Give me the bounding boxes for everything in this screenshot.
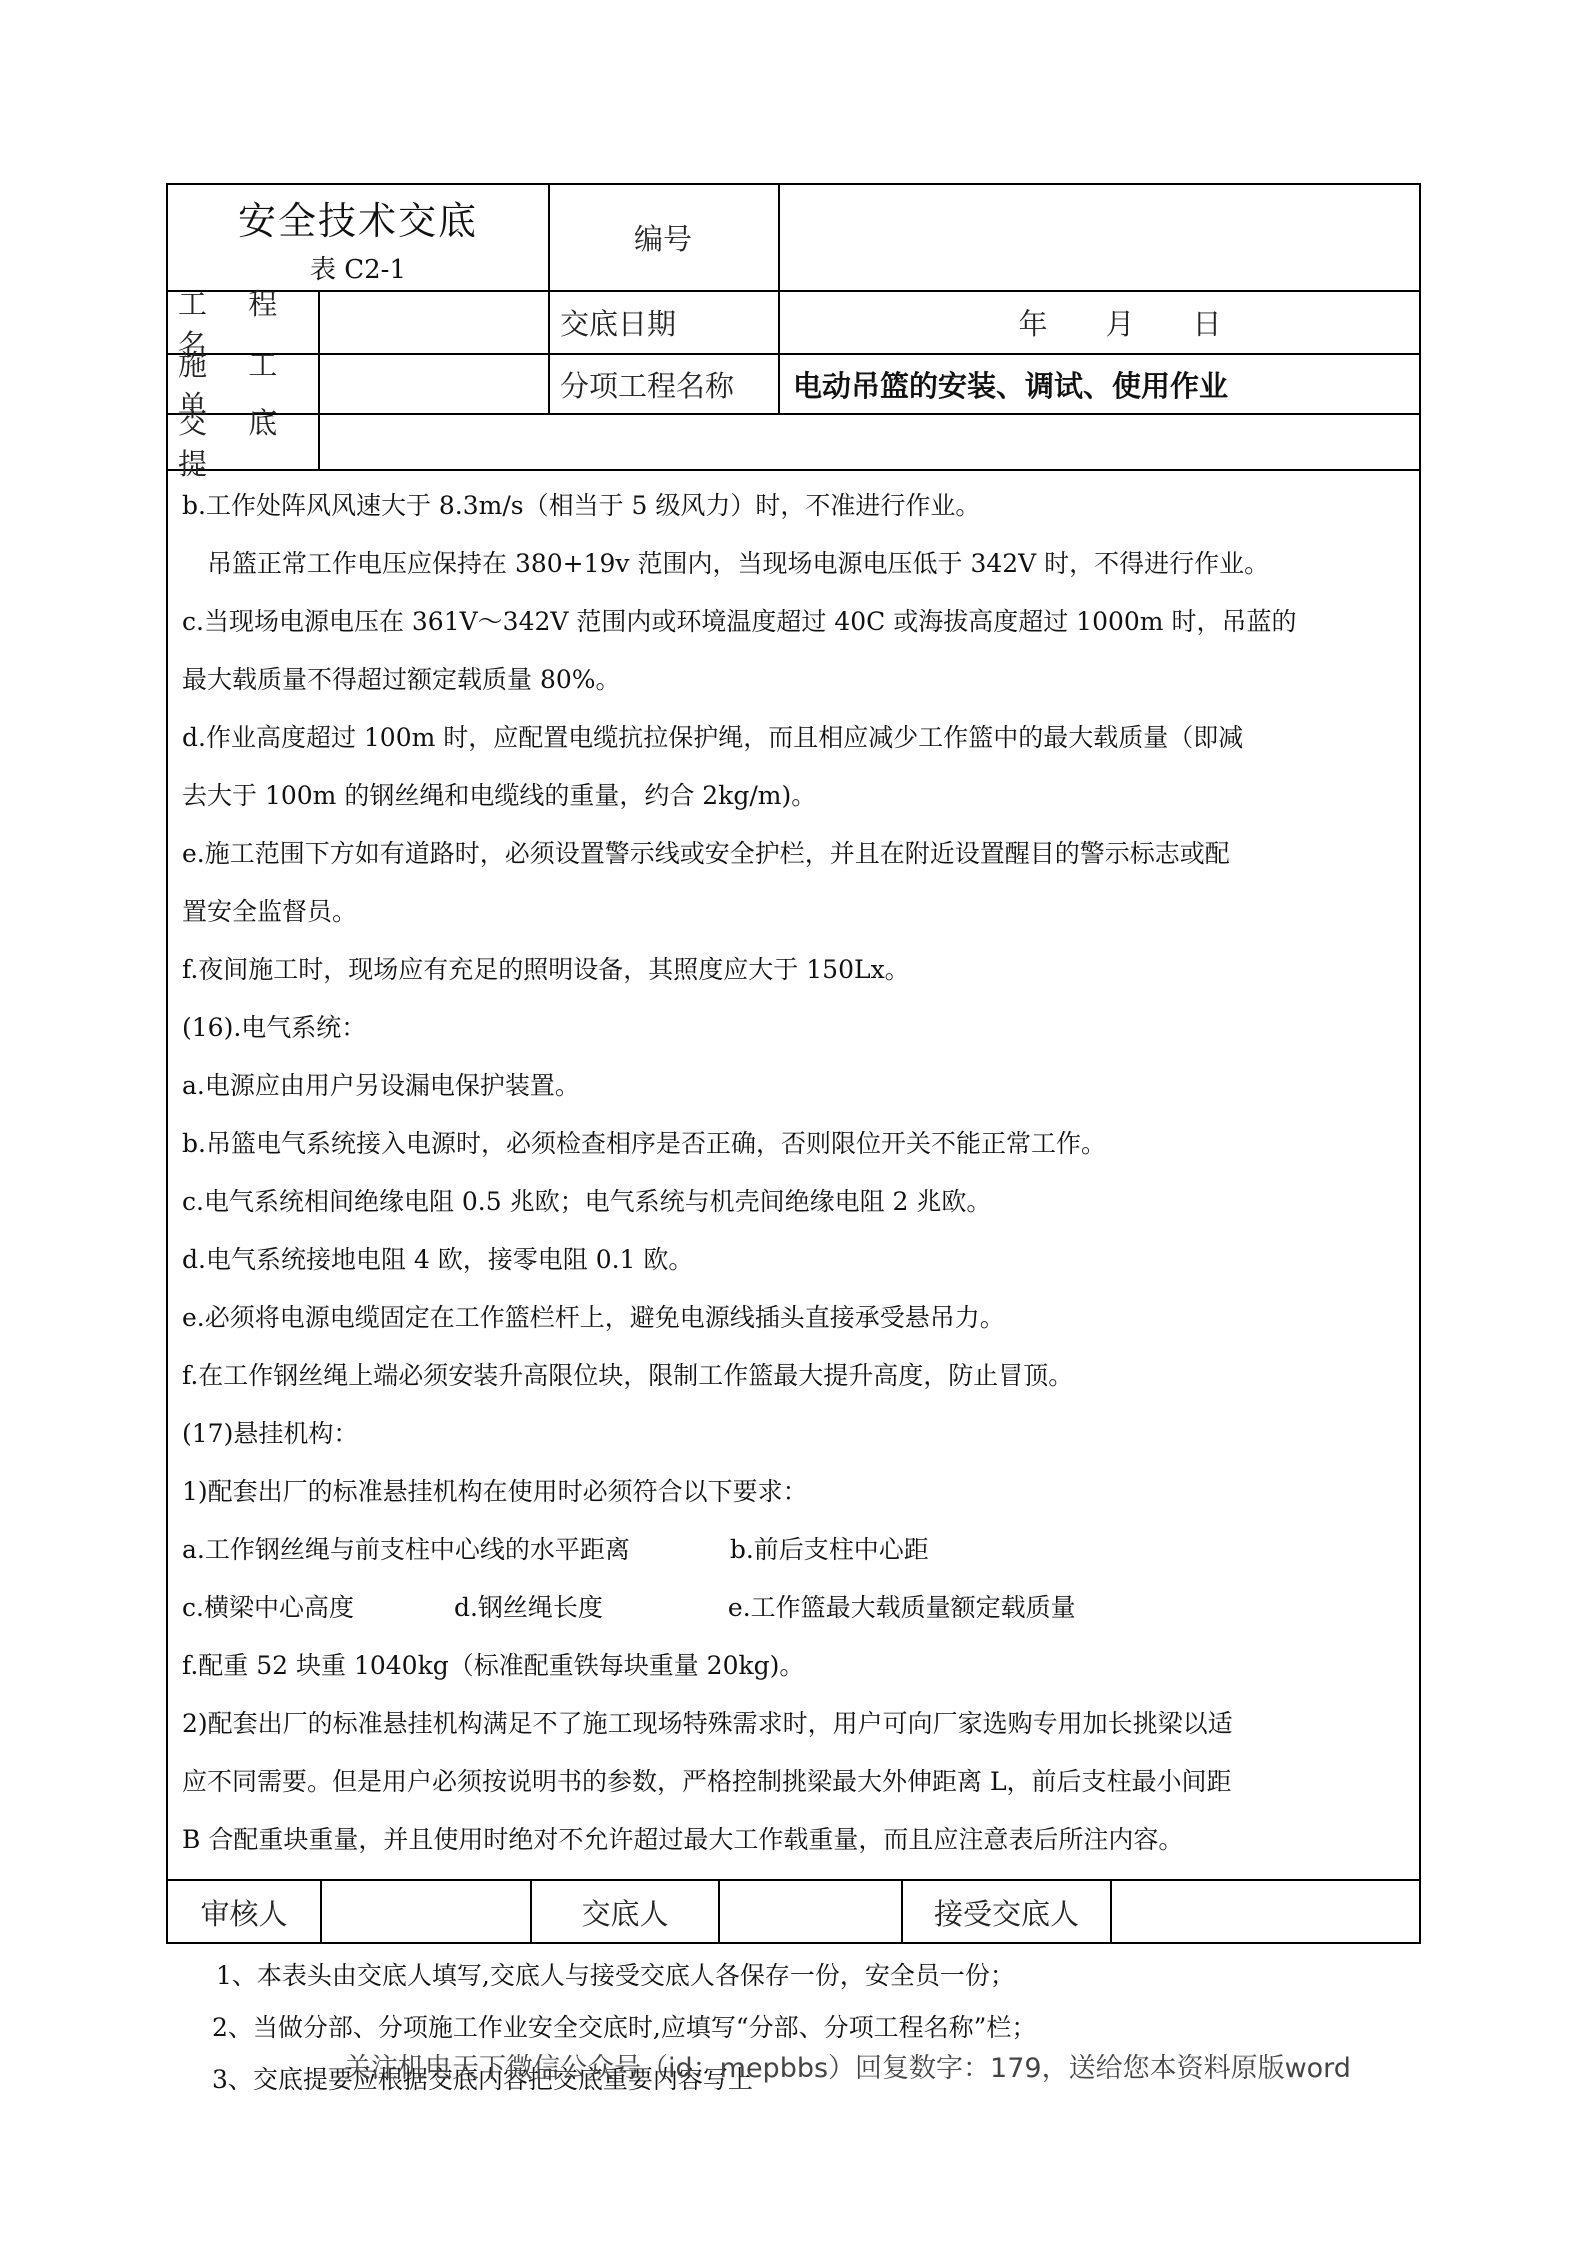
safety-disclosure-table: 安全技术交底 表 C2-1 编号 工 程 名 交底日期 年 月 日 施 工 单 … <box>166 183 1421 1944</box>
content-line: e.施工范围下方如有道路时，必须设置警示线或安全护栏，并且在附近设置醒目的警示标… <box>182 825 1409 883</box>
form-code: 表 C2-1 <box>310 249 406 286</box>
reviewer-label: 审核人 <box>168 1881 320 1944</box>
content-line: (17)悬挂机构： <box>182 1405 1409 1463</box>
discloser-label: 交底人 <box>532 1881 718 1944</box>
title-cell: 安全技术交底 表 C2-1 <box>168 185 548 290</box>
content-line: B 合配重块重量，并且使用时绝对不允许超过最大工作载重量，而且应注意表后所注内容… <box>182 1811 1409 1869</box>
content-line: 置安全监督员。 <box>182 883 1409 941</box>
summary-label: 交 底 提 <box>178 415 318 469</box>
content-line: c.横梁中心高度 d.钢丝绳长度 e.工作篮最大载质量额定载质量 <box>182 1579 1409 1637</box>
number-label: 编号 <box>548 185 778 290</box>
project-name-field[interactable] <box>320 292 548 353</box>
content-line: 去大于 100m 的钢丝绳和电缆线的重量，约合 2kg/m)。 <box>182 767 1409 825</box>
date-label: 交底日期 <box>560 292 778 353</box>
document-title: 安全技术交底 <box>238 190 478 245</box>
content-line: d.作业高度超过 100m 时，应配置电缆抗拉保护绳，而且相应减少工作篮中的最大… <box>182 709 1409 767</box>
number-field[interactable] <box>780 185 1420 290</box>
note-item: 1、本表头由交底人填写,交底人与接受交底人各保存一份，安全员一份； <box>216 1950 1036 2002</box>
receiver-label: 接受交底人 <box>903 1881 1110 1944</box>
subproject-label: 分项工程名称 <box>560 355 778 413</box>
subproject-field[interactable]: 电动吊篮的安装、调试、使用作业 <box>793 355 1418 413</box>
content-line: 最大载质量不得超过额定载质量 80%。 <box>182 651 1409 709</box>
disclosure-content: b.工作处阵风风速大于 8.3m/s（相当于 5 级风力）时，不准进行作业。 吊… <box>182 477 1409 1869</box>
content-line: b.工作处阵风风速大于 8.3m/s（相当于 5 级风力）时，不准进行作业。 <box>182 477 1409 535</box>
content-line: a.工作钢丝绳与前支柱中心线的水平距离 b.前后支柱中心距 <box>182 1521 1409 1579</box>
content-line: b.吊篮电气系统接入电源时，必须检查相序是否正确，否则限位开关不能正常工作。 <box>182 1115 1409 1173</box>
content-line: f.在工作钢丝绳上端必须安装升高限位块，限制工作篮最大提升高度，防止冒顶。 <box>182 1347 1409 1405</box>
construction-unit-field[interactable] <box>320 355 548 413</box>
content-line: 1)配套出厂的标准悬挂机构在使用时必须符合以下要求： <box>182 1463 1409 1521</box>
discloser-field[interactable] <box>720 1881 901 1944</box>
content-line: 应不同需要。但是用户必须按说明书的参数，严格控制挑梁最大外伸距离 L，前后支柱最… <box>182 1753 1409 1811</box>
content-line: f.夜间施工时，现场应有充足的照明设备，其照度应大于 150Lx。 <box>182 941 1409 999</box>
receiver-field[interactable] <box>1112 1881 1420 1944</box>
reviewer-field[interactable] <box>322 1881 530 1944</box>
watermark-text: 关注机电天下微信公众号（id：mepbbs）回复数字：179，送给您本资料原版w… <box>344 2046 1351 2085</box>
content-line: a.电源应由用户另设漏电保护装置。 <box>182 1057 1409 1115</box>
content-line: e.必须将电源电缆固定在工作篮栏杆上，避免电源线插头直接承受悬吊力。 <box>182 1289 1409 1347</box>
content-line: c.当现场电源电压在 361V～342V 范围内或环境温度超过 40C 或海拔高… <box>182 593 1409 651</box>
content-line: f.配重 52 块重 1040kg（标准配重铁每块重量 20kg)。 <box>182 1637 1409 1695</box>
summary-field[interactable] <box>320 415 1420 469</box>
document-page: 安全技术交底 表 C2-1 编号 工 程 名 交底日期 年 月 日 施 工 单 … <box>0 0 1587 2245</box>
content-line: c.电气系统相间绝缘电阻 0.5 兆欧；电气系统与机壳间绝缘电阻 2 兆欧。 <box>182 1173 1409 1231</box>
row-divider <box>168 469 1419 471</box>
content-line: 2)配套出厂的标准悬挂机构满足不了施工现场特殊需求时，用户可向厂家选购专用加长挑… <box>182 1695 1409 1753</box>
date-field[interactable]: 年 月 日 <box>780 292 1420 353</box>
content-line: (16).电气系统： <box>182 999 1409 1057</box>
content-line: d.电气系统接地电阻 4 欧，接零电阻 0.1 欧。 <box>182 1231 1409 1289</box>
content-line: 吊篮正常工作电压应保持在 380+19v 范围内，当现场电源电压低于 342V … <box>182 535 1409 593</box>
